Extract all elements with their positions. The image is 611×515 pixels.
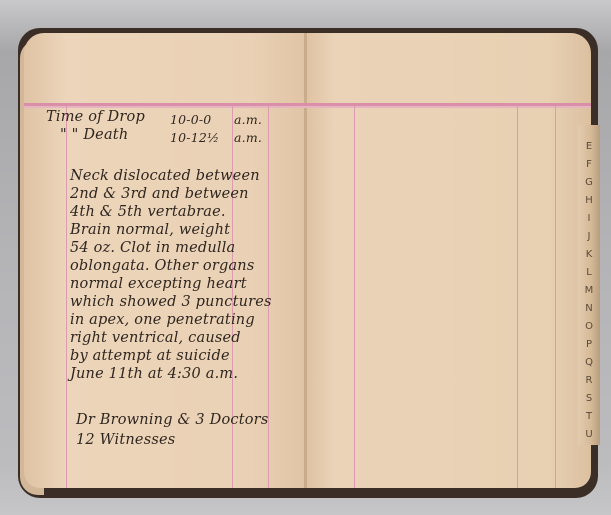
index-tab[interactable]: H [581, 192, 597, 210]
index-tab[interactable]: R [581, 372, 597, 390]
body-line: 54 oz. Clot in medulla [70, 240, 235, 256]
signature-line: Dr Browning & 3 Doctors [76, 412, 268, 428]
time-of-death-value: 10-12½ [170, 130, 219, 145]
index-tab[interactable]: S [581, 390, 597, 408]
time-of-drop-period: a.m. [234, 112, 262, 127]
header-rule [24, 103, 591, 106]
body-line: Neck dislocated between [70, 168, 260, 184]
index-tab[interactable]: P [581, 336, 597, 354]
margin-rule-right [354, 106, 355, 488]
margin-rule-left [66, 106, 67, 488]
index-tabs: E F G H I J K L M N O P Q R S T U [581, 138, 597, 444]
body-line: normal excepting heart [70, 276, 247, 292]
time-of-drop-value: 10-0-0 [170, 112, 211, 127]
index-tab[interactable]: G [581, 174, 597, 192]
index-tab[interactable]: U [581, 426, 597, 444]
body-line: right ventrical, caused [70, 330, 241, 346]
index-tab[interactable]: Q [581, 354, 597, 372]
signature-line: 12 Witnesses [76, 432, 175, 448]
index-tab[interactable]: I [581, 210, 597, 228]
index-tab[interactable]: O [581, 318, 597, 336]
body-line: in apex, one penetrating [70, 312, 255, 328]
body-line: 4th & 5th vertabrae. [70, 204, 226, 220]
body-line: June 11th at 4:30 a.m. [70, 366, 238, 382]
index-tab[interactable]: E [581, 138, 597, 156]
body-line: which showed 3 punctures [70, 294, 272, 310]
index-tab[interactable]: T [581, 408, 597, 426]
index-tab[interactable]: K [581, 246, 597, 264]
time-of-death-label: " " Death [60, 127, 128, 143]
book-gutter [304, 33, 307, 488]
time-of-death-period: a.m. [234, 130, 262, 145]
index-tab[interactable]: J [581, 228, 597, 246]
body-line: Brain normal, weight [70, 222, 230, 238]
body-line: oblongata. Other organs [70, 258, 254, 274]
column-rule-right-2 [555, 106, 556, 488]
body-line: by attempt at suicide [70, 348, 230, 364]
index-tab[interactable]: N [581, 300, 597, 318]
body-line: 2nd & 3rd and between [70, 186, 249, 202]
index-tab[interactable]: M [581, 282, 597, 300]
index-tab[interactable]: L [581, 264, 597, 282]
time-of-drop-label: Time of Drop [46, 109, 145, 125]
index-tab[interactable]: F [581, 156, 597, 174]
column-rule-right-1 [517, 106, 518, 488]
right-page [306, 33, 591, 488]
